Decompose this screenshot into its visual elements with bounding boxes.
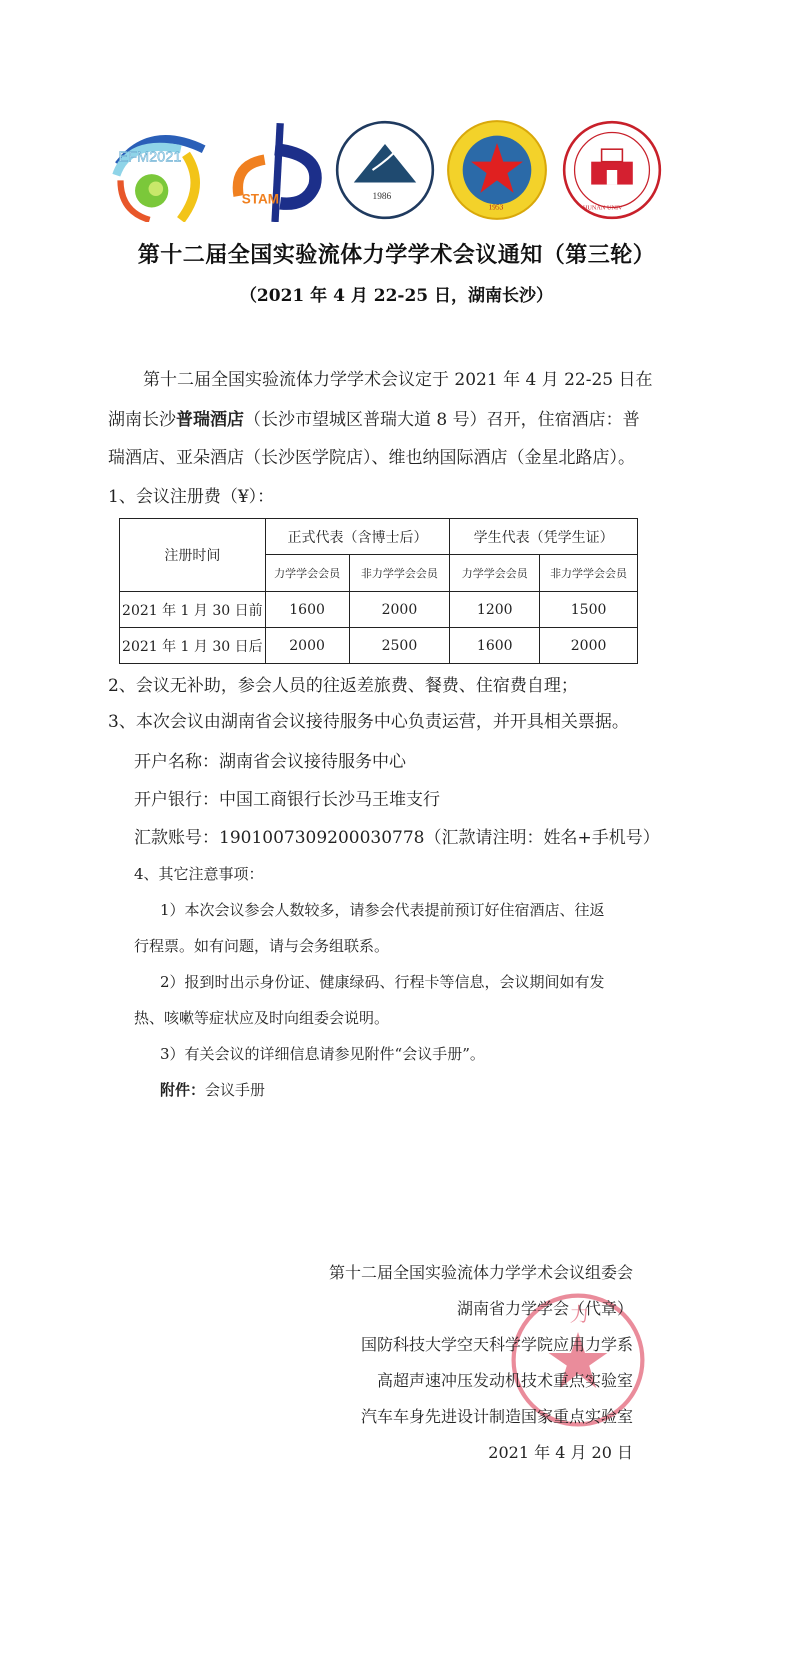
svg-text:EFM2021: EFM2021 [118, 150, 181, 166]
svg-text:STAM: STAM [242, 191, 279, 206]
table-row: 2021 年 1 月 30 日后 2000 2500 1600 2000 [120, 628, 638, 664]
signature-org-5: 汽车车身先进设计制造国家重点实验室 [361, 1406, 633, 1428]
intro-line-2: 湖南长沙普瑞酒店（长沙市望城区普瑞大道 8 号）召开，住宿酒店：普 [108, 409, 640, 431]
intro-city: 湖南长沙 [108, 410, 176, 430]
venue-name: 普瑞酒店 [176, 410, 244, 430]
venue-address: （长沙市望城区普瑞大道 8 号）召开，住宿酒店：普 [244, 410, 640, 430]
signature-org-2: 湖南省力学学会（代章） [457, 1298, 633, 1320]
item-3: 3、本次会议由湖南省会议接待服务中心负责运营，并开具相关票据。 [108, 711, 629, 733]
attachment: 附件：会议手册 [160, 1079, 265, 1101]
subheader-nonmember: 非力学学会会员 [540, 555, 638, 592]
cstam-logo: STAM [223, 118, 327, 222]
nsfc-logo: 1986 [333, 118, 437, 222]
note-3: 3）有关会议的详细信息请参见附件“会议手册”。 [160, 1043, 485, 1065]
intro-line-1: 第十二届全国实验流体力学学术会议定于 2021 年 4 月 22-25 日在 [143, 369, 653, 391]
svg-text:1986: 1986 [373, 192, 392, 202]
note-1b: 行程票。如有问题，请与会务组联系。 [134, 935, 389, 957]
page-title: 第十二届全国实验流体力学学术会议通知（第三轮） [0, 238, 793, 269]
cell-fee: 2000 [265, 628, 349, 664]
signature-org-3: 国防科技大学空天科学学院应用力学系 [361, 1334, 633, 1356]
cell-fee: 1200 [450, 592, 540, 628]
attachment-link[interactable]: 会议手册 [205, 1081, 265, 1099]
cell-fee: 2500 [349, 628, 450, 664]
account-number: 汇款账号：1901007309200030778（汇款请注明：姓名+手机号） [134, 827, 660, 849]
cell-fee: 1600 [450, 628, 540, 664]
signature-org-1: 第十二届全国实验流体力学学术会议组委会 [329, 1262, 633, 1284]
item-2: 2、会议无补助，参会人员的往返差旅费、餐费、住宿费自理； [108, 675, 578, 697]
subheader-nonmember: 非力学学会会员 [349, 555, 450, 592]
fees-heading: 1、会议注册费（¥）： [108, 486, 274, 508]
account-bank: 开户银行：中国工商银行长沙马王堆支行 [134, 789, 440, 811]
svg-text:HUNAN UNIV: HUNAN UNIV [583, 205, 623, 212]
cell-fee: 2000 [540, 628, 638, 664]
svg-text:1953: 1953 [489, 204, 504, 212]
fee-table: 注册时间 正式代表（含博士后） 学生代表（凭学生证） 力学学会会员 非力学学会会… [119, 518, 638, 664]
page-subtitle: （2021 年 4 月 22-25 日，湖南长沙） [0, 281, 793, 306]
header-student-delegate: 学生代表（凭学生证） [450, 519, 638, 555]
note-2a: 2）报到时出示身份证、健康绿码、行程卡等信息，会议期间如有发 [160, 971, 605, 993]
cell-fee: 2000 [349, 592, 450, 628]
note-1a: 1）本次会议参会人数较多，请参会代表提前预订好住宿酒店、往返 [160, 899, 605, 921]
signature-date: 2021 年 4 月 20 日 [488, 1442, 633, 1464]
header-registration-time: 注册时间 [120, 519, 266, 592]
account-name: 开户名称：湖南省会议接待服务中心 [134, 751, 406, 773]
nudt-logo: 1953 [445, 118, 549, 222]
logo-row: EFM2021 STAM 1986 1953 HUNAN UNIV [108, 118, 688, 228]
signature-org-4: 高超声速冲压发动机技术重点实验室 [377, 1370, 633, 1392]
hunan-university-logo: HUNAN UNIV [560, 118, 664, 222]
subheader-member: 力学学会会员 [265, 555, 349, 592]
intro-line-3: 瑞酒店、亚朵酒店（长沙医学院店）、维也纳国际酒店（金星北路店）。 [108, 447, 635, 469]
table-row: 2021 年 1 月 30 日前 1600 2000 1200 1500 [120, 592, 638, 628]
cell-time: 2021 年 1 月 30 日前 [120, 592, 266, 628]
cell-fee: 1600 [265, 592, 349, 628]
header-regular-delegate: 正式代表（含博士后） [265, 519, 450, 555]
item-4: 4、其它注意事项： [134, 863, 264, 885]
note-2b: 热、咳嗽等症状应及时向组委会说明。 [134, 1007, 389, 1029]
subheader-member: 力学学会会员 [450, 555, 540, 592]
attachment-label: 附件： [160, 1081, 205, 1099]
cell-fee: 1500 [540, 592, 638, 628]
efm2021-logo: EFM2021 [108, 118, 212, 222]
cell-time: 2021 年 1 月 30 日后 [120, 628, 266, 664]
